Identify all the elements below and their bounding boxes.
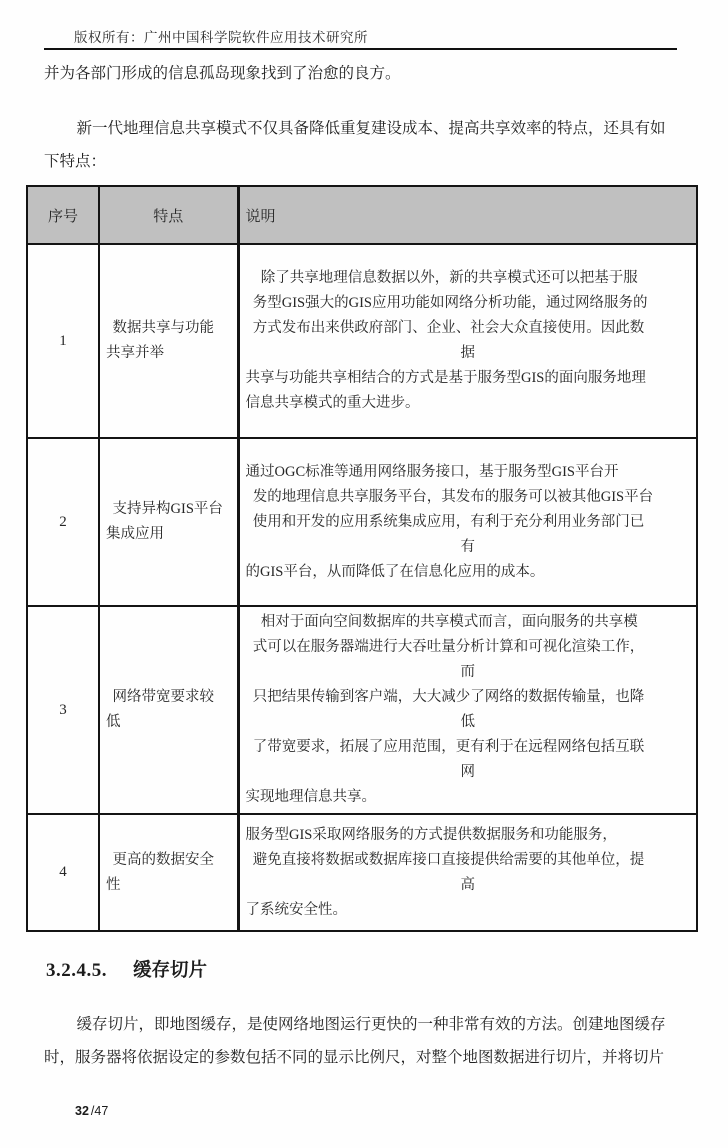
body-paragraph: 缓存切片，即地图缓存，是使网络地图运行更快的一种非常有效的方法。创建地图缓存 时… (44, 1008, 694, 1074)
description-line: 除了共享地理信息数据以外，新的共享模式还可以把基于服 (246, 266, 691, 291)
feature-cell: 网络带宽要求较低 (99, 606, 238, 814)
feature-line: 性 (106, 873, 231, 898)
feature-line: 数据共享与功能 (106, 316, 231, 341)
feature-line: 共享并举 (106, 341, 231, 366)
intro-paragraph-1: 并为各部门形成的信息孤岛现象找到了治愈的良方。 (44, 63, 692, 85)
description-line: 而 (246, 660, 691, 685)
intro-paragraph-2-line-2: 下特点： (44, 145, 694, 178)
description-line: 服务型GIS采取网络服务的方式提供数据服务和功能服务， (246, 823, 691, 848)
section-number: 3.2.4.5. (46, 960, 107, 981)
description-line: 信息共享模式的重大进步。 (246, 391, 691, 416)
feature-cell: 更高的数据安全性 (99, 814, 238, 931)
description-line: 只把结果传输到客户端，大大减少了网络的数据传输量，也降 (246, 685, 691, 710)
description-line: 实现地理信息共享。 (246, 785, 691, 810)
column-header-number: 序号 (27, 186, 99, 244)
column-header-feature: 特点 (99, 186, 238, 244)
row-number-cell: 4 (27, 814, 99, 931)
description-cell: 通过OGC标准等通用网络服务接口，基于服务型GIS平台开发的地理信息共享服务平台… (238, 438, 697, 606)
description-line: 式可以在服务器端进行大吞吐量分析计算和可视化渲染工作， (246, 635, 691, 660)
column-header-description: 说明 (238, 186, 697, 244)
description-line: 了系统安全性。 (246, 898, 691, 923)
header-rule (44, 48, 677, 50)
description-line: 通过OGC标准等通用网络服务接口，基于服务型GIS平台开 (246, 460, 691, 485)
description-line: 避免直接将数据或数据库接口直接提供给需要的其他单位，提 (246, 848, 691, 873)
description-line: 共享与功能共享相结合的方式是基于服务型GIS的面向服务地理 (246, 366, 691, 391)
feature-line: 低 (106, 710, 231, 735)
description-line: 了带宽要求，拓展了应用范围，更有利于在远程网络包括互联 (246, 735, 691, 760)
intro-paragraph-2: 新一代地理信息共享模式不仅具备降低重复建设成本、提高共享效率的特点，还具有如 下… (44, 112, 694, 178)
section-title: 缓存切片 (133, 961, 207, 981)
table-row: 2支持异构GIS平台集成应用通过OGC标准等通用网络服务接口，基于服务型GIS平… (27, 438, 697, 606)
description-line: 网 (246, 760, 691, 785)
body-paragraph-line-2: 时，服务器将依据设定的参数包括不同的显示比例尺，对整个地图数据进行切片，并将切片 (44, 1041, 694, 1074)
description-line: 相对于面向空间数据库的共享模式而言，面向服务的共享模 (246, 610, 691, 635)
description-line: 低 (246, 710, 691, 735)
page-number: 32/47 (75, 1104, 108, 1118)
description-line: 据 (246, 341, 691, 366)
body-paragraph-line-1: 缓存切片，即地图缓存，是使网络地图运行更快的一种非常有效的方法。创建地图缓存 (44, 1008, 694, 1041)
document-page: 版权所有：广州中国科学院软件应用技术研究所 并为各部门形成的信息孤岛现象找到了治… (0, 0, 728, 1148)
table-header-row: 序号 特点 说明 (27, 186, 697, 244)
description-line: 有 (246, 535, 691, 560)
feature-cell: 支持异构GIS平台集成应用 (99, 438, 238, 606)
description-cell: 除了共享地理信息数据以外，新的共享模式还可以把基于服务型GIS强大的GIS应用功… (238, 244, 697, 438)
table-row: 1数据共享与功能共享并举除了共享地理信息数据以外，新的共享模式还可以把基于服务型… (27, 244, 697, 438)
description-line: 发的地理信息共享服务平台，其发布的服务可以被其他GIS平台 (246, 485, 691, 510)
row-number-cell: 1 (27, 244, 99, 438)
page-number-total: /47 (91, 1104, 108, 1118)
table-row: 3网络带宽要求较低相对于面向空间数据库的共享模式而言，面向服务的共享模式可以在服… (27, 606, 697, 814)
intro-paragraph-2-line-1: 新一代地理信息共享模式不仅具备降低重复建设成本、提高共享效率的特点，还具有如 (44, 112, 694, 145)
copyright-header: 版权所有：广州中国科学院软件应用技术研究所 (74, 26, 368, 46)
description-line: 务型GIS强大的GIS应用功能如网络分析功能，通过网络服务的 (246, 291, 691, 316)
feature-line: 更高的数据安全 (106, 848, 231, 873)
section-heading: 3.2.4.5.缓存切片 (46, 956, 207, 982)
description-line: 使用和开发的应用系统集成应用，有利于充分利用业务部门已 (246, 510, 691, 535)
row-number-cell: 3 (27, 606, 99, 814)
description-cell: 服务型GIS采取网络服务的方式提供数据服务和功能服务，避免直接将数据或数据库接口… (238, 814, 697, 931)
description-line: 方式发布出来供政府部门、企业、社会大众直接使用。因此数 (246, 316, 691, 341)
page-number-current: 32 (75, 1104, 89, 1118)
feature-line: 支持异构GIS平台 (106, 497, 231, 522)
feature-line: 网络带宽要求较 (106, 685, 231, 710)
description-line: 高 (246, 873, 691, 898)
table-row: 4更高的数据安全性服务型GIS采取网络服务的方式提供数据服务和功能服务，避免直接… (27, 814, 697, 931)
features-table: 序号 特点 说明 1数据共享与功能共享并举除了共享地理信息数据以外，新的共享模式… (26, 185, 698, 932)
feature-line: 集成应用 (106, 522, 231, 547)
row-number-cell: 2 (27, 438, 99, 606)
feature-cell: 数据共享与功能共享并举 (99, 244, 238, 438)
description-line: 的GIS平台，从而降低了在信息化应用的成本。 (246, 560, 691, 585)
description-cell: 相对于面向空间数据库的共享模式而言，面向服务的共享模式可以在服务器端进行大吞吐量… (238, 606, 697, 814)
